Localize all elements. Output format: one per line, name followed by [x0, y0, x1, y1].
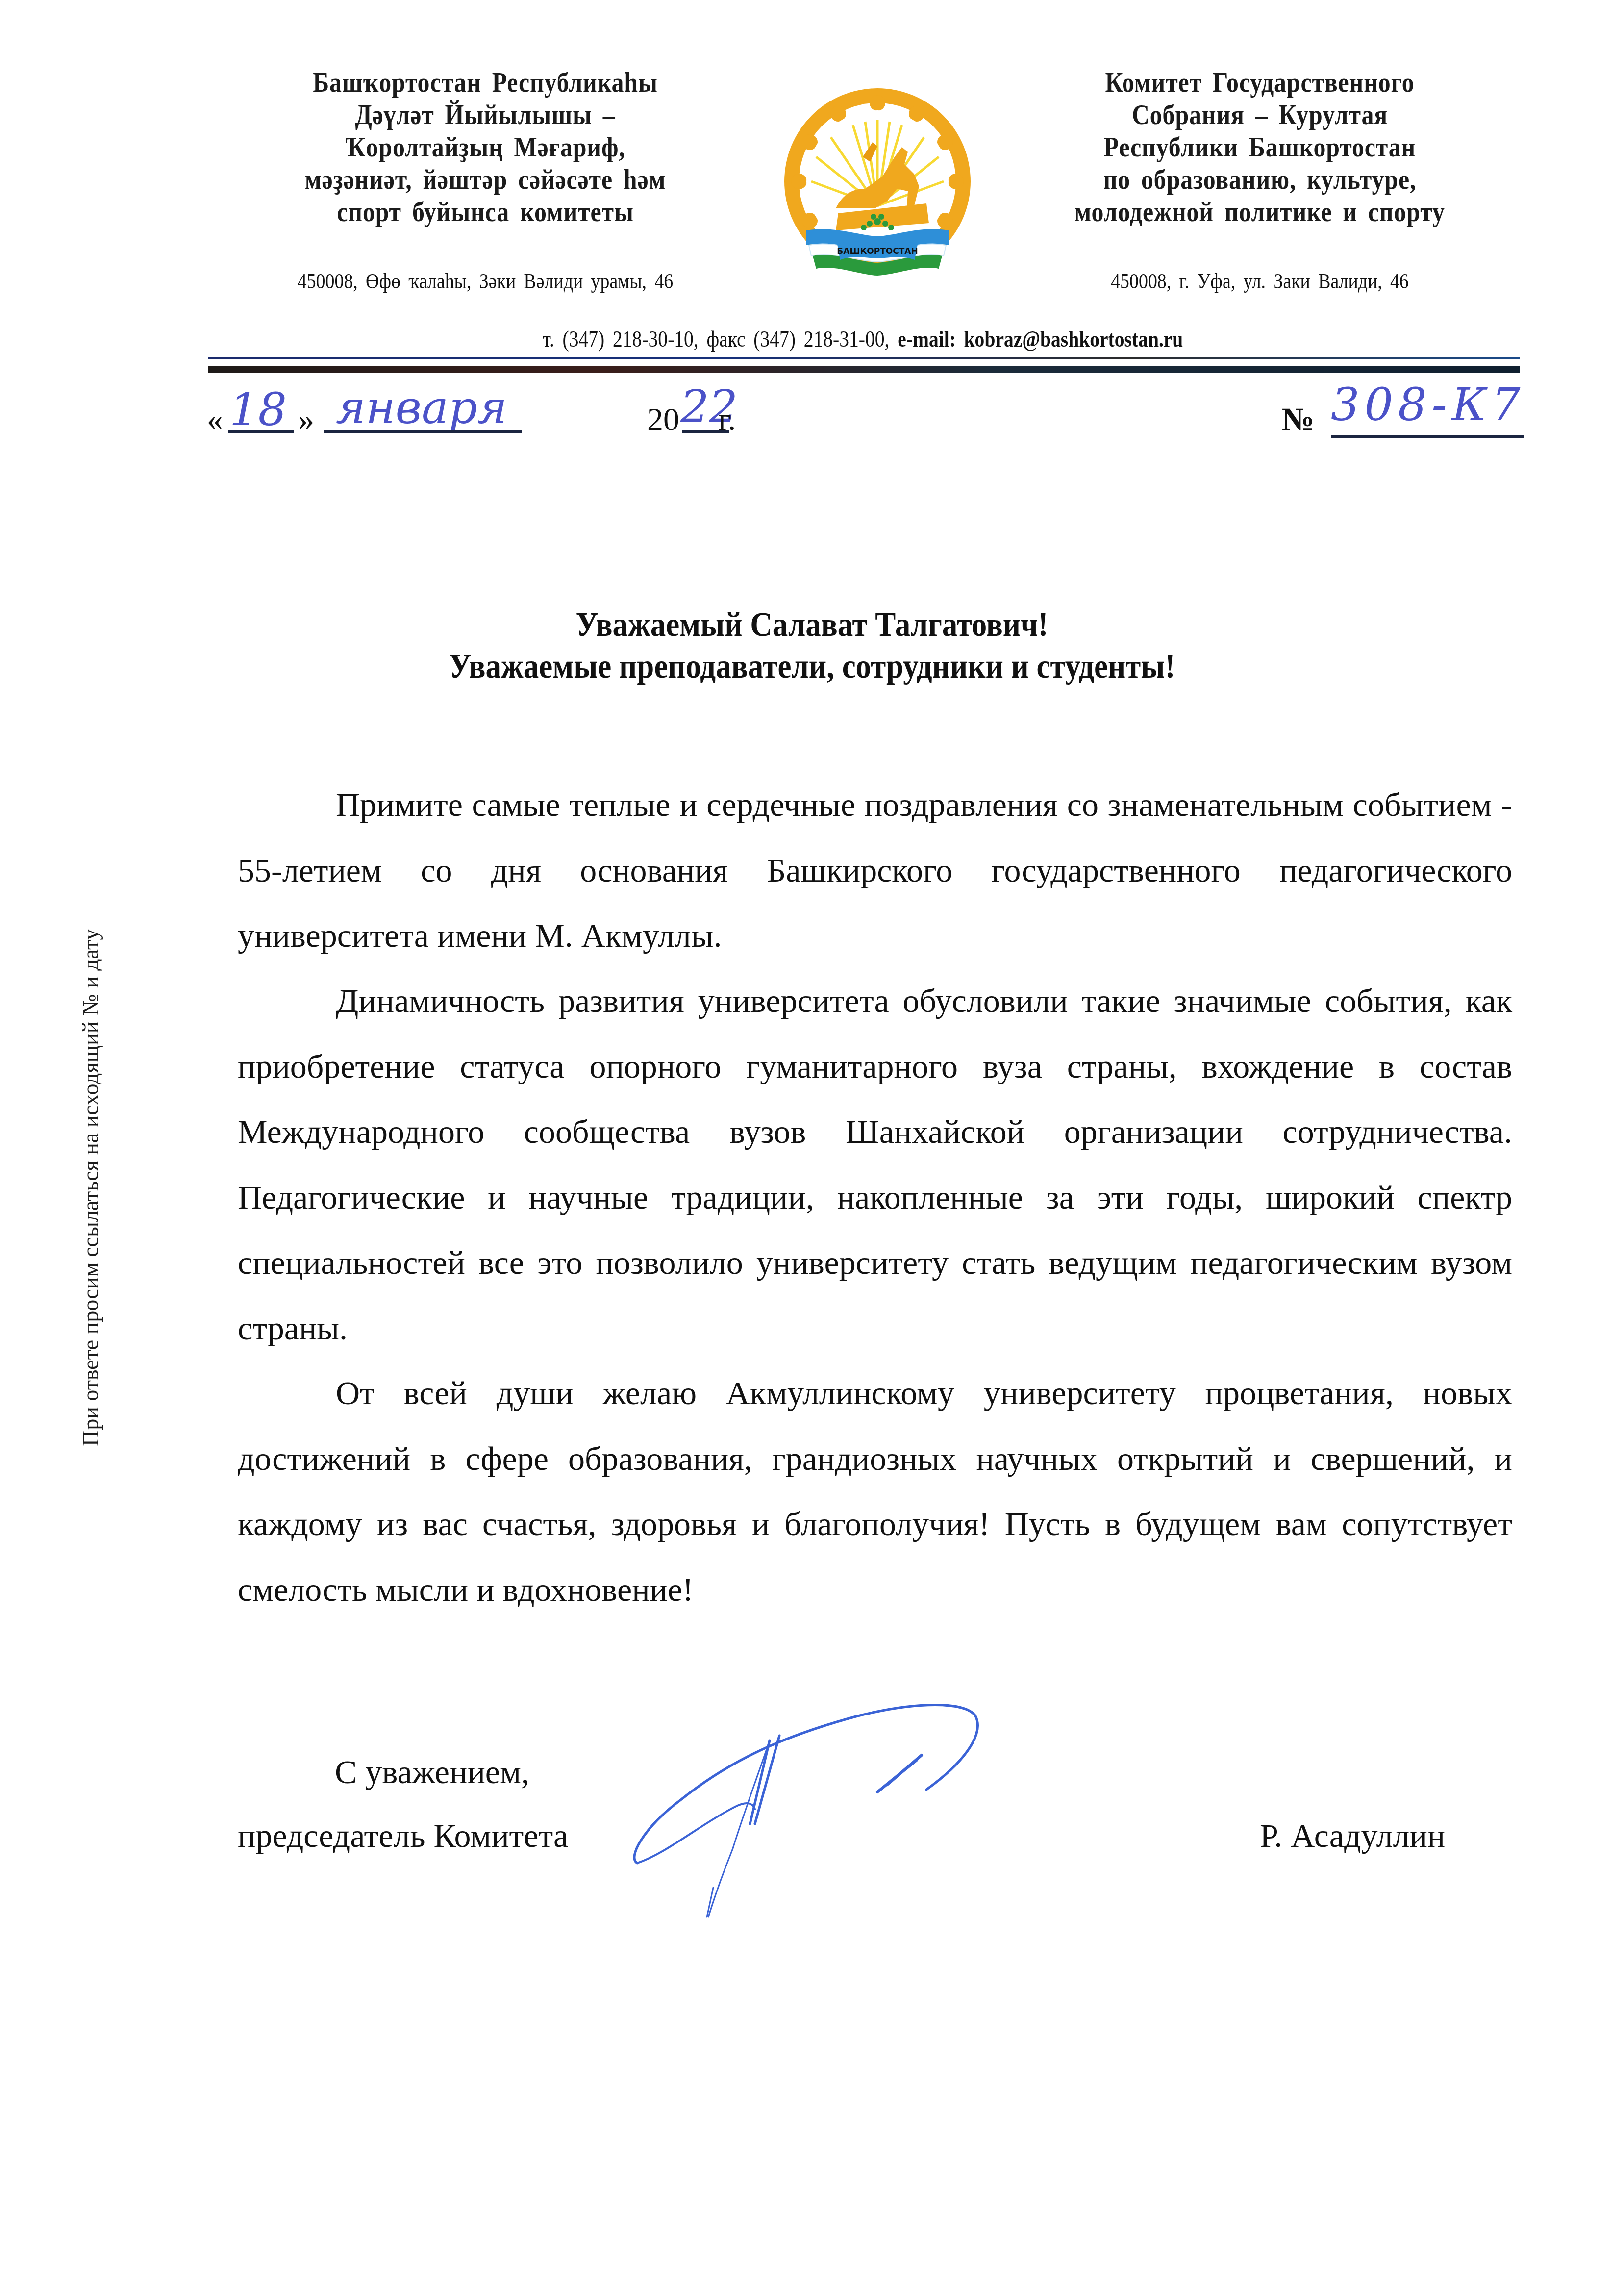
outgoing-number-field: № 308-К7: [1274, 387, 1529, 441]
date-field: « 18 » января 20 22 г.: [206, 387, 843, 441]
handwritten-day: 18: [229, 387, 287, 432]
letterhead-russian-org-name: Комитет Государственного Собрания – Куру…: [990, 66, 1530, 228]
email-label: e-mail:: [898, 327, 956, 352]
handwritten-signature: [623, 1662, 1103, 1976]
header-divider-thick: [208, 366, 1520, 373]
side-note-reference: При ответе просим ссылаться на исходящий…: [77, 929, 103, 1446]
salutation-rector: Уважаемый Салават Талгатович!: [81, 605, 1543, 645]
signature-icon: [623, 1662, 1103, 1976]
org-line: Собрания – Курултая: [990, 99, 1530, 131]
handwritten-month: января: [336, 385, 507, 430]
contact-line: т. (347) 218-30-10, факс (347) 218-31-00…: [302, 326, 1424, 352]
org-line: Комитет Государственного: [990, 66, 1530, 99]
address-russian: 450008, г. Уфа, ул. Заки Валиди, 46: [990, 269, 1530, 294]
month-underline: [324, 430, 522, 433]
org-line: Ҡоролтайҙың Мәғариф,: [207, 131, 763, 163]
svg-text:БАШКОРТОСТАН: БАШКОРТОСТАН: [837, 247, 918, 256]
number-sign: №: [1282, 401, 1314, 438]
phone-fax: т. (347) 218-30-10, факс (347) 218-31-00…: [543, 327, 890, 352]
open-quote: «: [207, 401, 223, 438]
org-line: молодежной политике и спорту: [990, 196, 1530, 228]
year-suffix: г.: [718, 401, 736, 438]
org-line: по образованию, культуре,: [990, 163, 1530, 196]
day-underline: [228, 430, 294, 433]
bashkortostan-coat-of-arms-icon: БАШКОРТОСТАН: [779, 83, 975, 289]
org-line: спорт буйынса комитеты: [207, 196, 763, 228]
email-link[interactable]: kobraz@bashkortostan.ru: [964, 327, 1183, 352]
letterhead-bashkir-org-name: Башҡортостан Республикаһы Дәүләт Йыйылыш…: [207, 66, 763, 228]
org-line: Дәүләт Йыйылышы –: [207, 99, 763, 131]
header-divider-thin: [208, 357, 1520, 359]
closing-regards: С уважением,: [335, 1753, 529, 1791]
org-line: Республики Башкортостан: [990, 131, 1530, 163]
body-paragraph: Примите самые теплые и сердечные поздрав…: [238, 772, 1512, 969]
signer-name: Р. Асадуллин: [1260, 1816, 1445, 1855]
handwritten-number: 308-К7: [1331, 382, 1525, 428]
org-line: мәҙәниәт, йәштәр сәйәсәте һәм: [207, 163, 763, 196]
body-paragraph: Динамичность развития университета обусл…: [238, 968, 1512, 1361]
year-prefix: 20: [647, 401, 679, 438]
org-line: Башҡортостан Республикаһы: [207, 66, 763, 99]
coat-of-arms-emblem: БАШКОРТОСТАН: [779, 83, 975, 289]
address-bashkir: 450008, Өфө ҡалаһы, Зәки Вәлиди урамы, 4…: [207, 269, 763, 294]
signer-position: председатель Комитета: [238, 1816, 568, 1855]
number-underline: [1331, 435, 1524, 438]
close-quote: »: [298, 401, 314, 438]
salutation-staff: Уважаемые преподаватели, сотрудники и ст…: [81, 647, 1543, 686]
body-paragraph: От всей души желаю Акмуллинскому универс…: [238, 1361, 1512, 1622]
